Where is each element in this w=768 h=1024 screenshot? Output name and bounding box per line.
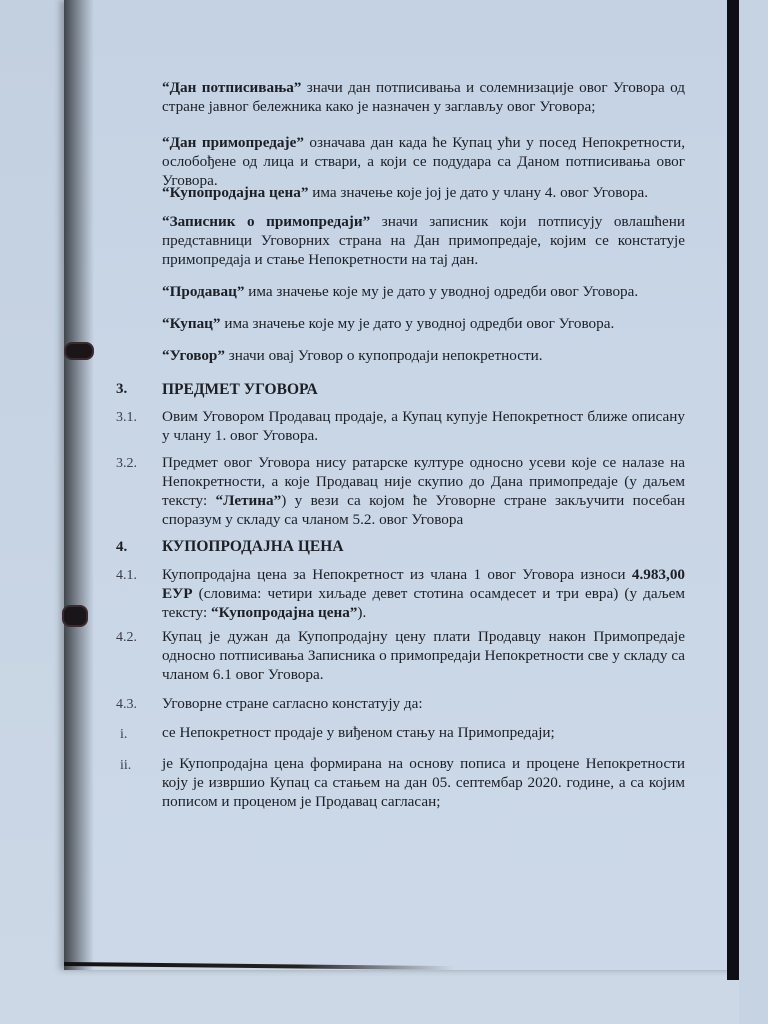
subclause-number: ii. [120, 756, 131, 775]
binding-ring-icon [64, 342, 94, 360]
clause-4-3: Уговорне стране сагласно констатују да: [162, 694, 685, 713]
subclause-number: i. [120, 725, 127, 744]
clause-number: 3.1. [116, 408, 137, 427]
clause-number: 3.2. [116, 454, 137, 473]
clause-number: 4.1. [116, 566, 137, 585]
definition-handover-record: “Записник о примопредаји” значи записник… [162, 212, 685, 269]
page-right-edge-shadow [727, 0, 739, 980]
definition-signing-day: “Дан потписивања” значи дан потписивања … [162, 78, 685, 116]
definition-handover-day: “Дан примопредаје” означава дан када ће … [162, 133, 685, 190]
background-sheet-edge [739, 0, 768, 1024]
clause-4-1: Купопродајна цена за Непокретност из чла… [162, 565, 685, 622]
clause-3-2: Предмет овог Уговора нису ратарске култу… [162, 453, 685, 529]
clause-number: 4.2. [116, 628, 137, 647]
section-number: 3. [116, 380, 127, 399]
section-number: 4. [116, 538, 127, 557]
section-heading: ПРЕДМЕТ УГОВОРА [162, 380, 318, 399]
definition-buyer: “Купац” има значење које му је дато у ув… [162, 314, 685, 333]
binding-ring-icon [62, 605, 88, 627]
section-heading: КУПОПРОДАЈНА ЦЕНА [162, 537, 344, 556]
subclause-ii: је Купопродајна цена формирана на основу… [162, 754, 685, 811]
definition-contract: “Уговор” значи овај Уговор о купопродаји… [162, 346, 685, 365]
definition-seller: “Продавац” има значење које му је дато у… [162, 282, 685, 301]
clause-4-2: Купац је дужан да Купопродајну цену плат… [162, 627, 685, 684]
clause-number: 4.3. [116, 695, 137, 714]
subclause-i: се Непокретност продаје у виђеном стању … [162, 723, 685, 742]
definition-purchase-price: “Купопродајна цена” има значење које јој… [162, 183, 685, 202]
clause-3-1: Овим Уговором Продавац продаје, а Купац … [162, 407, 685, 445]
